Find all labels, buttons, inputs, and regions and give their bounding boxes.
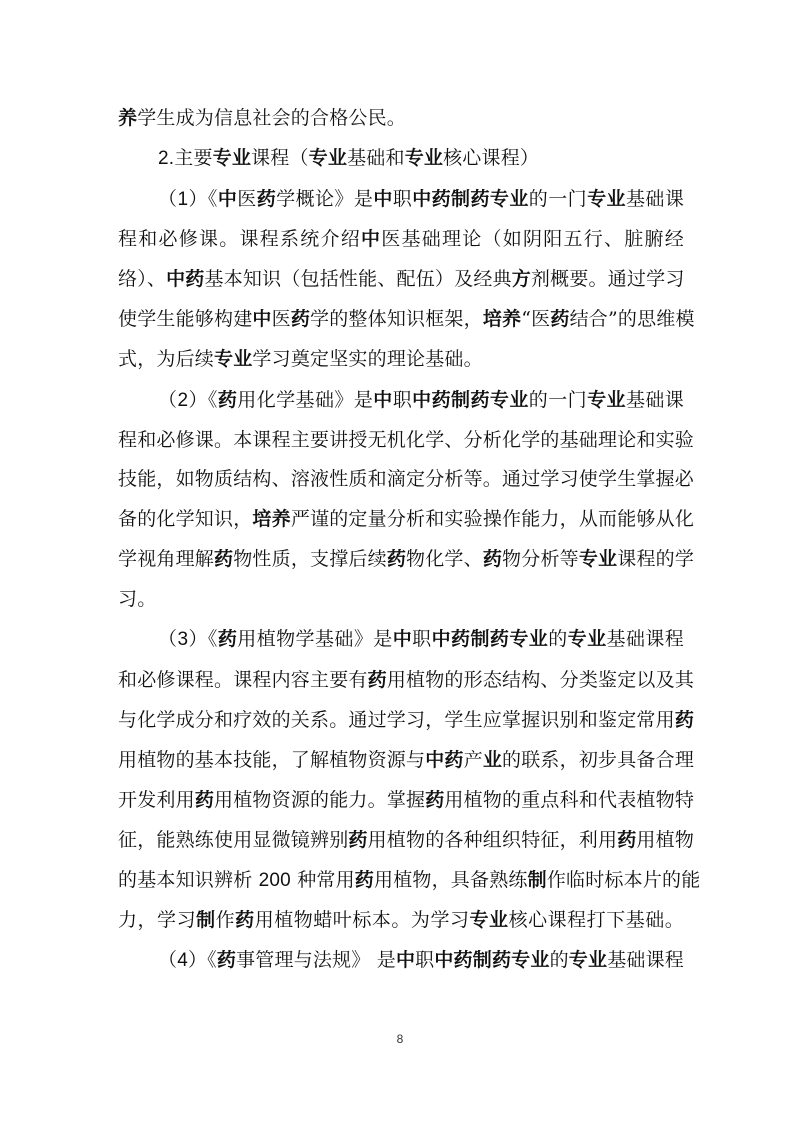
page-number: 8	[0, 1032, 800, 1046]
text-span: 的	[548, 628, 567, 650]
text-span: （	[158, 628, 177, 650]
bold-text: 中	[373, 389, 392, 411]
text-span: 的基本知识辨析	[118, 869, 259, 891]
text-span: 基础课	[626, 188, 684, 210]
text-line: 养学生成为信息社会的合格公民。	[118, 98, 684, 138]
text-span: 学视角理解	[118, 548, 214, 570]
text-span: 程和必修课。课程系统介绍	[118, 228, 361, 250]
text-span: 种常用	[291, 869, 355, 891]
bold-text: 专业	[213, 147, 251, 169]
text-span: 基础课程	[607, 628, 685, 650]
text-line: 的基本知识辨析 200 种常用药用植物，具备熟练制作临时标本片的能	[118, 860, 684, 900]
text-span: ）《	[188, 389, 218, 411]
text-span: 职	[393, 188, 412, 210]
text-span: 严谨的定量分析和实验操作能力，从而能够从化	[291, 508, 694, 530]
text-span: 用植物资源的能力。掌握	[214, 789, 425, 811]
text-line: （3）《药用植物学基础》是中职中药制药专业的专业基础课程	[158, 619, 684, 659]
text-span: 作	[216, 909, 236, 931]
text-span: 征，能熟练使用显微镜辨别	[118, 829, 348, 851]
text-span: （	[158, 949, 177, 971]
bold-text: 专业	[214, 348, 252, 370]
text-span: 用植物的重点科和代表植物特	[444, 789, 694, 811]
bold-text: 药	[214, 548, 233, 570]
bold-text: 药	[675, 709, 694, 731]
text-span: 2.	[158, 148, 174, 169]
text-line: 程和必修课。本课程主要讲授无机化学、分析化学的基础理论和实验	[118, 420, 684, 460]
text-span: 用植物学基础》是	[237, 628, 392, 650]
text-span: 医基础理论（如阴阳五行、脏腑经	[381, 228, 684, 250]
text-span: 医	[272, 308, 291, 330]
text-span: 2	[177, 390, 188, 411]
text-span: 络）、	[118, 268, 166, 290]
bold-text: 中	[396, 949, 415, 971]
text-span: 与化学成分和疗效的关系。通过学习，学生应掌握识别和鉴定常用	[118, 709, 675, 731]
text-line: 力，学习制作药用植物蜡叶标本。为学习专业核心课程打下基础。	[118, 900, 684, 940]
bold-text: 专业	[587, 389, 626, 411]
bold-text: 中药制药专业	[432, 628, 549, 650]
text-span: 核心课程）	[443, 147, 539, 169]
text-span: 事管理与法规》 是	[236, 949, 396, 971]
text-span: 学习奠定坚实的理论基础。	[252, 348, 482, 370]
bold-text: 药	[617, 829, 636, 851]
text-span: 的	[550, 949, 569, 971]
bold-text: 专业	[587, 188, 626, 210]
text-line: 式，为后续专业学习奠定坚实的理论基础。	[118, 339, 684, 379]
text-span: 作临时标本片的能	[547, 869, 701, 891]
bold-text: 中	[393, 628, 412, 650]
text-line: 程和必修课。课程系统介绍中医基础理论（如阴阳五行、脏腑经	[118, 219, 684, 259]
text-span: 用植物蜡叶标本。为学习	[255, 909, 470, 931]
text-span: ）《	[188, 188, 218, 210]
text-span: 习。	[118, 588, 156, 610]
text-span: 物性质，支撑后续	[233, 548, 387, 570]
text-span: 备的化学知识，	[118, 508, 252, 530]
text-span: 1	[177, 189, 188, 210]
text-span: 基础课	[626, 389, 684, 411]
bold-text: 药	[355, 869, 374, 891]
text-span: 结合”的思维模	[570, 308, 695, 330]
text-span: 用植物	[636, 829, 694, 851]
bold-text: 药	[291, 308, 310, 330]
bold-text: 中药	[166, 268, 204, 290]
bold-text: 药	[348, 829, 367, 851]
bold-text: 中	[373, 188, 392, 210]
text-span: 学的整体知识框架，	[310, 308, 483, 330]
bold-text: 中药制药专业	[412, 188, 529, 210]
text-line: 备的化学知识，培养严谨的定量分析和实验操作能力，从而能够从化	[118, 499, 684, 539]
bold-text: 药	[368, 669, 387, 691]
bold-text: 中	[361, 228, 381, 250]
text-span: 基础课程	[607, 949, 684, 971]
text-span: （	[158, 389, 177, 411]
text-span: 核心课程打下基础。	[509, 909, 684, 931]
bold-text: 中	[252, 308, 271, 330]
text-span: 剂概要。通过学习	[531, 268, 685, 290]
text-line: 2.主要专业课程（专业基础和专业核心课程）	[158, 138, 684, 178]
text-line: 络）、中药基本知识（包括性能、配伍）及经典方剂概要。通过学习	[118, 259, 684, 299]
bold-text: 药	[195, 789, 214, 811]
bold-text: 专业	[470, 909, 509, 931]
text-span: 主要	[174, 147, 212, 169]
text-span: 的一门	[529, 188, 587, 210]
bold-text: 中药制药专业	[412, 389, 529, 411]
bold-text: 业	[483, 749, 502, 771]
bold-text: 药	[387, 548, 406, 570]
bold-text: 培养	[252, 508, 290, 530]
bold-text: 养	[118, 107, 137, 129]
document-page: 养学生成为信息社会的合格公民。2.主要专业课程（专业基础和专业核心课程）（1）《…	[0, 0, 800, 1131]
text-span: 物分析等	[502, 548, 579, 570]
text-line: 使学生能够构建中医药学的整体知识框架，培养“医药结合”的思维模	[118, 299, 684, 339]
bold-text: 培养	[483, 308, 521, 330]
bold-text: 方	[512, 268, 531, 290]
text-line: 与化学成分和疗效的关系。通过学习，学生应掌握识别和鉴定常用药	[118, 700, 684, 740]
text-span: 200	[259, 870, 291, 891]
text-span: 课程的学	[617, 548, 694, 570]
text-span: 技能，如物质结构、溶液性质和滴定分析等。通过学习使学生掌握必	[118, 468, 694, 490]
text-span: 用植物的形态结构、分类鉴定以及其	[387, 669, 694, 691]
text-line: 习。	[118, 579, 684, 619]
text-span: 物化学、	[406, 548, 483, 570]
text-span: ）《	[188, 949, 217, 971]
bold-text: 药	[218, 628, 237, 650]
bold-text: 药	[218, 389, 237, 411]
text-span: 开发利用	[118, 789, 195, 811]
bold-text: 药	[550, 308, 569, 330]
text-span: 用植物的各种组织特征，利用	[368, 829, 618, 851]
text-span: 学概论》是	[276, 188, 373, 210]
text-span: 力，学习	[118, 909, 196, 931]
bold-text: 中药	[425, 749, 463, 771]
bold-text: 药	[217, 949, 236, 971]
text-line: 技能，如物质结构、溶液性质和滴定分析等。通过学习使学生掌握必	[118, 459, 684, 499]
bold-text: 专业	[579, 548, 617, 570]
bold-text: 制	[528, 869, 547, 891]
bold-text: 专业	[569, 949, 607, 971]
text-span: 的一门	[529, 389, 587, 411]
bold-text: 药	[235, 909, 255, 931]
text-span: 产	[464, 749, 483, 771]
bold-text: 药	[257, 188, 276, 210]
text-line: （1）《中医药学概论》是中职中药制药专业的一门专业基础课	[158, 179, 684, 219]
text-line: 开发利用药用植物资源的能力。掌握药用植物的重点科和代表植物特	[118, 780, 684, 820]
text-line: 征，能熟练使用显微镜辨别药用植物的各种组织特征，利用药用植物	[118, 820, 684, 860]
text-span: 使学生能够构建	[118, 308, 252, 330]
text-line: （4）《药事管理与法规》 是中职中药制药专业的专业基础课程	[158, 940, 684, 980]
bold-text: 中药制药专业	[434, 949, 549, 971]
text-line: 和必修课程。课程内容主要有药用植物的形态结构、分类鉴定以及其	[118, 660, 684, 700]
text-span: 3	[177, 629, 188, 650]
bold-text: 专业	[568, 628, 607, 650]
text-span: 和必修课程。课程内容主要有	[118, 669, 368, 691]
text-span: 程和必修课。本课程主要讲授无机化学、分析化学的基础理论和实验	[118, 429, 694, 451]
text-span: 职	[415, 949, 434, 971]
bold-text: 中	[218, 188, 237, 210]
text-span: “医	[521, 308, 550, 330]
bold-text: 专业	[309, 147, 347, 169]
text-span: 用化学基础》是	[237, 389, 373, 411]
bold-text: 药	[425, 789, 444, 811]
text-span: 式，为后续	[118, 348, 214, 370]
text-span: 职	[412, 628, 431, 650]
text-span: ）《	[188, 628, 218, 650]
text-span: 的联系，初步具备合理	[502, 749, 694, 771]
text-span: 基本知识（包括性能、配伍）及经典	[205, 268, 512, 290]
bold-text: 药	[483, 548, 502, 570]
text-line: （2）《药用化学基础》是中职中药制药专业的一门专业基础课	[158, 380, 684, 420]
text-span: 用植物，具备熟练	[374, 869, 528, 891]
text-span: （	[158, 188, 177, 210]
bold-text: 专业	[405, 147, 443, 169]
text-span: 基础和	[347, 147, 405, 169]
text-span: 医	[237, 188, 256, 210]
text-line: 用植物的基本技能，了解植物资源与中药产业的联系，初步具备合理	[118, 740, 684, 780]
text-span: 用植物的基本技能，了解植物资源与	[118, 749, 425, 771]
text-span: 课程（	[251, 147, 309, 169]
bold-text: 制	[196, 909, 216, 931]
text-span: 4	[177, 950, 188, 971]
text-line: 学视角理解药物性质，支撑后续药物化学、药物分析等专业课程的学	[118, 539, 684, 579]
text-span: 学生成为信息社会的合格公民。	[137, 107, 406, 129]
text-span: 职	[393, 389, 412, 411]
